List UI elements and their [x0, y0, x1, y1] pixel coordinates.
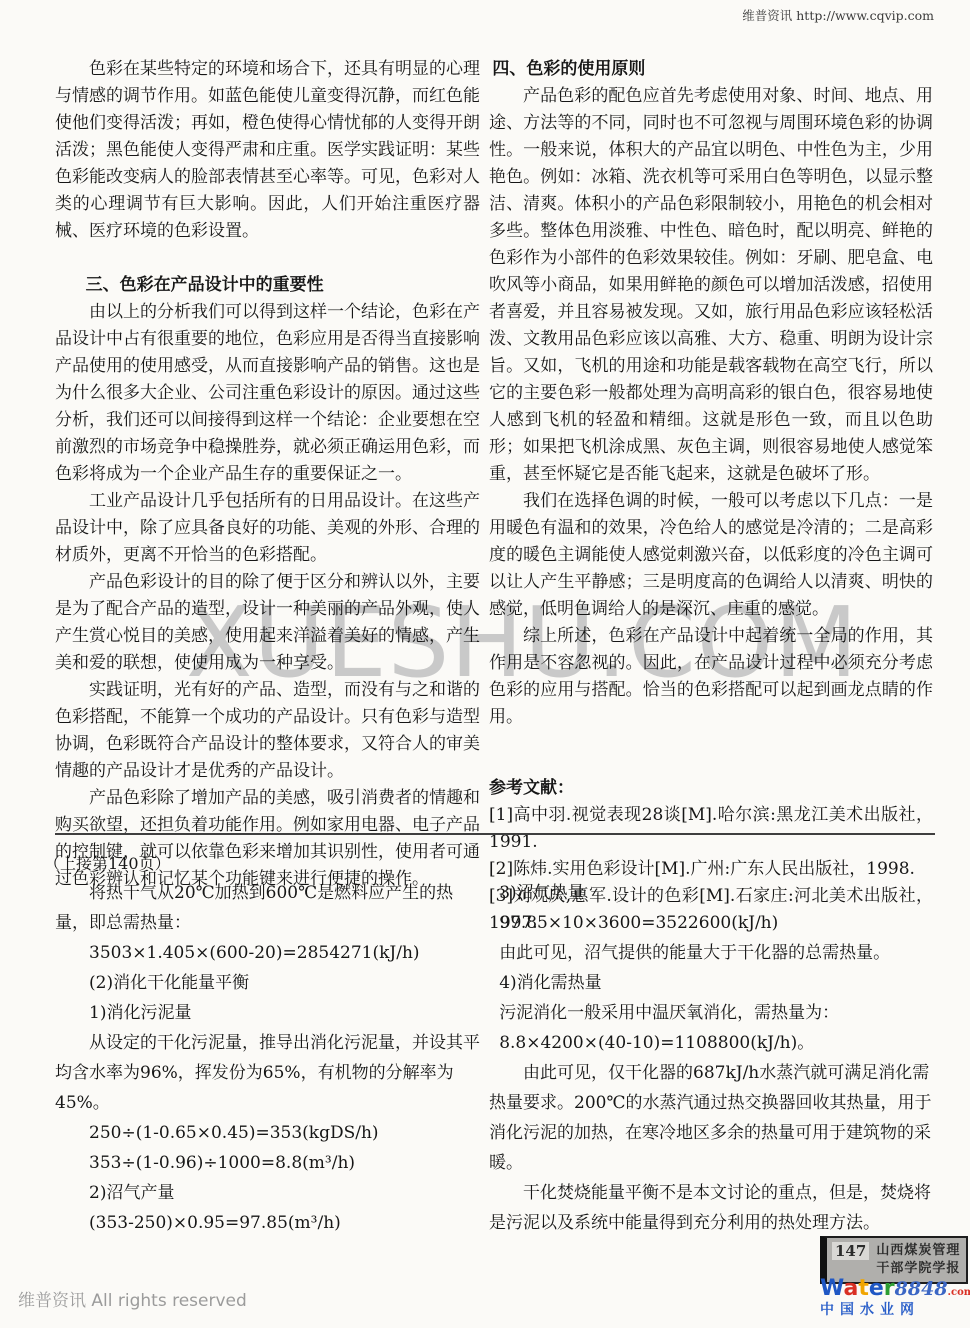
page-number: 147	[832, 1242, 869, 1260]
scanned-document-page: 维普资讯 http://www.cqvip.com XUESHU.COM 色彩在…	[0, 0, 970, 1328]
article-right-column: 四、色彩的使用原则 产品色彩的配色应首先考虑使用对象、时间、地点、用途、方法等的…	[489, 56, 933, 937]
section-heading-4: 四、色彩的使用原则	[489, 56, 933, 83]
paragraph-function: 产品色彩除了增加产品的美感，吸引消费者的情趣和购买欲望，还担负着功能作用。例如家…	[55, 785, 480, 893]
subheading-sludge-amount: 1)消化污泥量	[55, 998, 480, 1028]
logo-8848: 8848	[895, 1278, 948, 1300]
formula-total-heat: 3503×1.405×(600-20)=2854271(kJ/h)	[55, 938, 480, 968]
paragraph-usage-principles: 产品色彩的配色应首先考虑使用对象、时间、地点、用途、方法等的不同，同时也不可忽视…	[489, 83, 933, 488]
formula-gas-heat: 97.85×10×3600=3522600(kJ/h)	[489, 908, 933, 938]
section-divider	[55, 833, 935, 835]
paragraph-practice: 实践证明，光有好的产品、造型，而没有与之和谐的色彩搭配，不能算一个成功的产品设计…	[55, 677, 480, 785]
formula-digestion-heat: 8.8×4200×(40-10)=1108800(kJ/h)。	[489, 1028, 933, 1058]
subheading-digestion-heat: 4)消化需热量	[489, 968, 933, 998]
cqvip-header-url: 维普资讯 http://www.cqvip.com	[634, 6, 934, 24]
logo-letter: W	[820, 1276, 843, 1301]
references-heading: 参考文献：	[489, 775, 933, 802]
paragraph-psychology: 色彩在某些特定的环境和场合下，还具有明显的心理与情感的调节作用。如蓝色能使儿童变…	[55, 56, 480, 245]
journal-name-line2: 干部学院学报	[876, 1261, 960, 1276]
paragraph-industrial-design: 工业产品设计几乎包括所有的日用品设计。在这些产品设计中，除了应具备良好的功能、美…	[55, 488, 480, 569]
continued-from-label: （上接第140页）	[44, 851, 171, 874]
journal-name: 山西煤炭管理 干部学院学报	[876, 1242, 960, 1278]
cont-paragraph: 干化焚烧能量平衡不是本文讨论的重点，但是，焚烧将是污泥以及系统中能量得到充分利用…	[489, 1178, 933, 1238]
formula-sludge-ds: 250÷(1-0.65×0.45)=353(kgDS/h)	[55, 1118, 480, 1148]
water8848-logo: Water8848.com	[820, 1278, 968, 1304]
continuation-right-column: 3)沼气热量 97.85×10×3600=3522600(kJ/h) 由此可见，…	[489, 878, 933, 1238]
logo-letter: a	[843, 1276, 858, 1301]
logo-letter: t	[858, 1276, 869, 1301]
cont-paragraph: 由此可见，仅干化器的687kJ/h水蒸汽就可满足消化需热量要求。200℃的水蒸汽…	[489, 1058, 933, 1178]
logo-letter: r	[884, 1276, 895, 1301]
logo-dotcom: .com	[948, 1287, 970, 1298]
section-heading-3: 三、色彩在产品设计中的重要性	[55, 272, 480, 299]
cqvip-footer: 维普资讯 All rights reserved	[18, 1286, 247, 1311]
cont-paragraph: 将热干气从20℃加热到600℃是燃料应产生的热量，即总需热量：	[55, 878, 480, 938]
formula-gas-production: (353-250)×0.95=97.85(m³/h)	[55, 1208, 480, 1238]
china-water-site-name: 中国水业网	[820, 1302, 968, 1318]
paragraph-summary: 综上所述，色彩在产品设计中起着统一全局的作用，其作用是不容忽视的。因此，在产品设…	[489, 623, 933, 731]
reference-1: [1]高中羽.视觉表现28谈[M].哈尔滨:黑龙江美术出版社，1991.	[489, 802, 933, 856]
article-left-column: 色彩在某些特定的环境和场合下，还具有明显的心理与情感的调节作用。如蓝色能使儿童变…	[55, 56, 480, 937]
continuation-left-column: 将热干气从20℃加热到600℃是燃料应产生的热量，即总需热量： 3503×1.4…	[55, 878, 480, 1238]
subheading-gas-production: 2)沼气产量	[55, 1178, 480, 1208]
journal-name-line1: 山西煤炭管理	[876, 1243, 960, 1258]
subheading-energy-balance: (2)消化干化能量平衡	[55, 968, 480, 998]
paragraph-conclusion: 由以上的分析我们可以得到这样一个结论，色彩在产品设计中占有很重要的地位，色彩应用…	[55, 299, 480, 488]
continuation-columns: 将热干气从20℃加热到600℃是燃料应产生的热量，即总需热量： 3503×1.4…	[55, 878, 933, 1238]
cont-paragraph: 从设定的干化污泥量，推导出消化污泥量，并设其平均含水率为96%，挥发份为65%，…	[55, 1028, 480, 1118]
formula-sludge-volume: 353÷(1-0.96)÷1000=8.8(m³/h)	[55, 1148, 480, 1178]
line-gas-conclusion: 由此可见，沼气提供的能量大于干化器的总需热量。	[489, 938, 933, 968]
journal-stamp: 147 山西煤炭管理 干部学院学报 Water8848.com 中国水业网	[820, 1236, 968, 1318]
logo-letter: e	[869, 1276, 884, 1301]
line-digestion-type: 污泥消化一般采用中温厌氧消化，需热量为：	[489, 998, 933, 1028]
subheading-gas-heat: 3)沼气热量	[489, 878, 933, 908]
article-columns: 色彩在某些特定的环境和场合下，还具有明显的心理与情感的调节作用。如蓝色能使儿童变…	[55, 56, 933, 937]
paragraph-tone-selection: 我们在选择色调的时候，一般可以考虑以下几点：一是用暖色有温和的效果，冷色给人的感…	[489, 488, 933, 623]
paragraph-color-purpose: 产品色彩设计的目的除了便于区分和辨认以外，主要是为了配合产品的造型，设计一种美丽…	[55, 569, 480, 677]
